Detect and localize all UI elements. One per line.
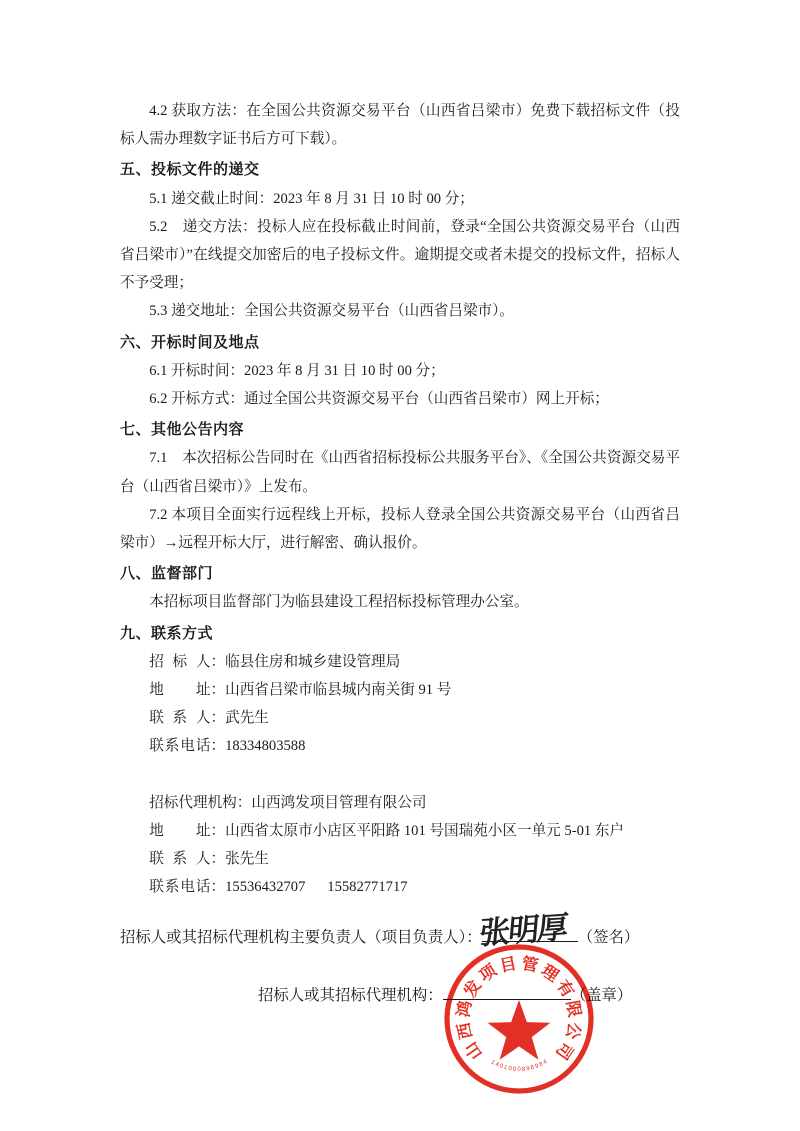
paragraph: 7.2 本项目全面实行远程线上开标，投标人登录全国公共资源交易平台（山西省吕梁市…	[120, 501, 680, 557]
contact-value: 张先生	[225, 851, 269, 867]
paragraph: 5.2 递交方法：投标人应在投标截止时间前，登录“全国公共资源交易平台（山西省吕…	[120, 213, 680, 298]
svg-text:8: 8	[538, 1061, 544, 1068]
contact-colon: ：	[237, 795, 252, 811]
section-heading: 七、其他公告内容	[120, 416, 680, 444]
contact-colon: ：	[211, 654, 226, 670]
svg-text:4: 4	[494, 1061, 500, 1068]
stamp-line-label: 招标人或其招标代理机构：	[258, 987, 443, 1004]
contact-row: 地址：山西省吕梁市临县城内南关街 91 号	[120, 676, 680, 704]
contact-colon: ：	[211, 823, 226, 839]
contact-row: 联系人：武先生	[120, 704, 680, 732]
paragraph: 4.2 获取方法：在全国公共资源交易平台（山西省吕梁市）免费下载招标文件（投标人…	[120, 97, 680, 153]
stamp-line: 招标人或其招标代理机构：（盖章）	[120, 981, 680, 1011]
contact-label: 联系人	[149, 704, 210, 732]
contact-row: 联系人：张先生	[120, 845, 680, 873]
svg-text:9: 9	[534, 1063, 540, 1070]
contact-label: 地址	[149, 676, 210, 704]
contact-label: 联系人	[149, 845, 210, 873]
svg-text:4: 4	[542, 1059, 549, 1066]
svg-text:司: 司	[552, 1039, 577, 1063]
stamp-line-suffix: （盖章）	[571, 987, 633, 1004]
contact-colon: ：	[211, 738, 226, 754]
paragraph: 6.2 开标方式：通过全国公共资源交易平台（山西省吕梁市）网上开标；	[120, 385, 680, 413]
svg-text:8: 8	[522, 1067, 527, 1073]
svg-text:1: 1	[490, 1059, 497, 1066]
paragraph: 5.3 递交地址：全国公共资源交易平台（山西省吕梁市）。	[120, 297, 680, 325]
svg-text:0: 0	[508, 1066, 513, 1073]
contact-colon: ：	[211, 879, 226, 895]
section-heading: 六、开标时间及地点	[120, 329, 680, 357]
section-heading: 五、投标文件的递交	[120, 156, 680, 184]
contact-label: 招标人	[149, 648, 210, 676]
contact-label: 招标代理机构	[149, 789, 237, 817]
paragraph: 6.1 开标时间：2023 年 8 月 31 日 10 时 00 分；	[120, 357, 680, 385]
paragraph: 7.1 本次招标公告同时在《山西省招标投标公共服务平台》、《全国公共资源交易平台…	[120, 444, 680, 500]
signature-line-label: 招标人或其招标代理机构主要负责人（项目负责人）：	[120, 929, 482, 946]
contact-row: 联系电话：18334803588	[120, 732, 680, 760]
contact-value: 15536432707 15582771717	[225, 879, 407, 895]
signature-slot: 张明厚	[482, 924, 578, 942]
contact-label: 地址	[149, 817, 210, 845]
paragraph: 本招标项目监督部门为临县建设工程招标投标管理办公室。	[120, 588, 680, 616]
document-body: 4.2 获取方法：在全国公共资源交易平台（山西省吕梁市）免费下载招标文件（投标人…	[120, 97, 680, 902]
svg-text:0: 0	[498, 1063, 504, 1070]
contact-label: 联系电话	[149, 732, 210, 760]
svg-text:1: 1	[503, 1065, 508, 1072]
contact-row: 招标人：临县住房和城乡建设管理局	[120, 648, 680, 676]
signature-line-suffix: （签名）	[578, 929, 640, 946]
contact-value: 山西省太原市小店区平阳路 101 号国瑞苑小区一单元 5-01 东户	[225, 823, 624, 839]
contact-row: 招标代理机构：山西鸿发项目管理有限公司	[120, 789, 680, 817]
contact-label: 联系电话	[149, 873, 210, 901]
contact-value: 山西鸿发项目管理有限公司	[251, 795, 426, 811]
contact-row: 地址：山西省太原市小店区平阳路 101 号国瑞苑小区一单元 5-01 东户	[120, 817, 680, 845]
contact-value: 山西省吕梁市临县城内南关街 91 号	[225, 682, 451, 698]
contact-row: 联系电话：15536432707 15582771717	[120, 873, 680, 901]
svg-text:西: 西	[454, 1020, 476, 1041]
signature: 张明厚	[478, 911, 568, 949]
blank-line	[120, 761, 680, 789]
svg-text:9: 9	[526, 1066, 531, 1073]
stamp-slot	[443, 982, 571, 1000]
contact-value: 18334803588	[225, 738, 305, 754]
contact-value: 武先生	[225, 710, 269, 726]
svg-text:8: 8	[530, 1065, 535, 1072]
svg-text:公: 公	[562, 1021, 584, 1042]
paragraph: 5.1 递交截止时间：2023 年 8 月 31 日 10 时 00 分；	[120, 185, 680, 213]
contact-colon: ：	[211, 710, 226, 726]
contact-colon: ：	[211, 682, 226, 698]
contact-value: 临县住房和城乡建设管理局	[225, 654, 400, 670]
svg-text:0: 0	[512, 1067, 517, 1073]
svg-text:山: 山	[461, 1039, 486, 1063]
section-heading: 八、监督部门	[120, 560, 680, 588]
document-page: 4.2 获取方法：在全国公共资源交易平台（山西省吕梁市）免费下载招标文件（投标人…	[120, 97, 680, 1011]
contact-colon: ：	[211, 851, 226, 867]
svg-text:0: 0	[517, 1067, 521, 1073]
seal-serial-text: 1401000898984	[490, 1059, 549, 1073]
section-heading: 九、联系方式	[120, 620, 680, 648]
signature-line: 招标人或其招标代理机构主要负责人（项目负责人）：张明厚（签名）	[120, 922, 680, 954]
